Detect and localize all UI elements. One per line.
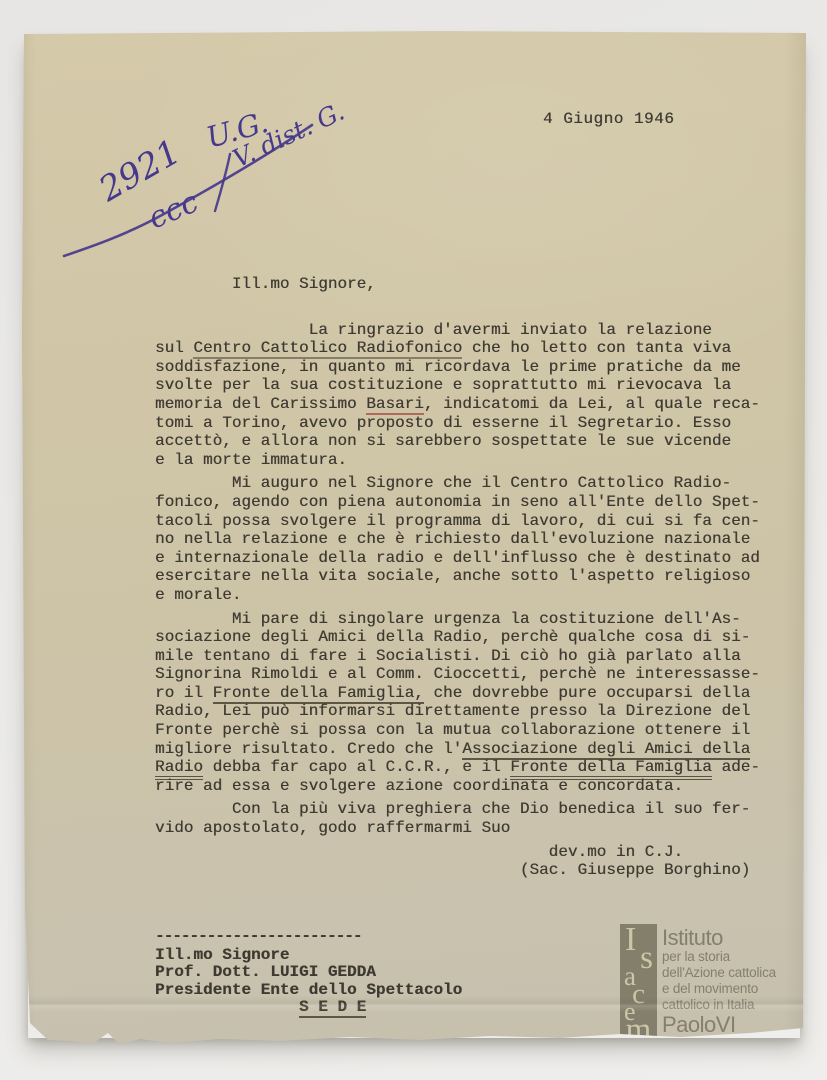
paragraph: dev.mo in C.J. (Sac. Giuseppe Borghino) (155, 843, 785, 880)
text-segment: sociazione degli Amici della Radio, perc… (155, 628, 750, 646)
text-line: svolte per la sua costituzione e sopratt… (155, 376, 785, 395)
text-line: esercitare nella vita sociale, anche sot… (155, 567, 785, 586)
text-segment: tomi a Torino, avevo proposto di esserne… (155, 414, 731, 432)
paragraph: La ringrazio d'avermi inviato la relazio… (155, 321, 785, 470)
underlined-text: Associazione degli Amici della (462, 740, 750, 760)
text-line: Fronte perchè si possa con la mutua coll… (155, 721, 785, 740)
monogram-letter: s (640, 946, 653, 970)
photo-background: 4 Giugno 1946 2921 U.G. ccc V. dist. G. … (0, 0, 827, 1080)
paragraph: Con la più viva preghiera che Dio benedi… (155, 800, 785, 837)
text-line: e morale. (155, 586, 785, 605)
text-segment: no nella relazione e che è richiesto dal… (155, 530, 750, 548)
text-line: memoria del Carissimo Basari, indicatomi… (155, 395, 785, 414)
annotation-abbr-mid: ccc (143, 184, 203, 236)
underlined-text: S E D E (299, 998, 366, 1018)
text-segment: e morale. (155, 586, 241, 604)
watermark-line: dell'Azione cattolica (662, 965, 776, 981)
text-segment: Radio, Lei può informarsi direttamente p… (155, 702, 750, 720)
monogram-letter: c (632, 984, 645, 1005)
text-line: tacoli possa svolgere il programma di la… (155, 512, 785, 531)
archive-watermark: Isacem Istituto per la storia dell'Azion… (620, 924, 820, 1066)
text-line: e la morte immatura. (155, 451, 785, 470)
text-segment: Signorina Rimoldi e al Comm. Cioccetti, … (155, 665, 760, 683)
text-segment: che dovrebbe pure occuparsi della (424, 684, 750, 702)
text-segment: rire ad essa e svolgere azione coordinat… (155, 777, 683, 795)
underlined-text: Basari (366, 395, 424, 415)
text-line: accettò, e allora non si sarebbero sospe… (155, 432, 785, 451)
text-line: sul Centro Cattolico Radiofonico che ho … (155, 339, 785, 358)
text-segment: ------------------------ (155, 927, 361, 945)
text-line: migliore risultato. Credo che l'Associaz… (155, 740, 785, 759)
text-segment: Ill.mo Signore (155, 946, 289, 964)
letter-date: 4 Giugno 1946 (543, 110, 674, 128)
letter-body-paragraphs: La ringrazio d'avermi inviato la relazio… (155, 321, 785, 880)
watermark-title: Istituto (662, 926, 776, 949)
text-segment: ade- (712, 758, 760, 776)
text-segment: svolte per la sua costituzione e sopratt… (155, 376, 731, 394)
text-segment: La ringrazio d'avermi inviato la relazio… (155, 321, 712, 339)
salutation: Ill.mo Signore, (155, 275, 785, 294)
watermark-line: cattolico in Italia (662, 997, 776, 1013)
text-line: soddisfazione, in quanto mi ricordava le… (155, 358, 785, 377)
text-line: sociazione degli Amici della Radio, perc… (155, 628, 785, 647)
text-segment: e la morte immatura. (155, 451, 347, 469)
text-segment: soddisfazione, in quanto mi ricordava le… (155, 358, 741, 376)
text-segment: dev.mo in C.J. (155, 843, 683, 861)
paragraph: ------------------------Ill.mo SignorePr… (155, 928, 462, 1017)
text-segment: Mi pare di singolare urgenza la costituz… (155, 610, 741, 628)
text-segment: ro il (155, 684, 213, 702)
underlined-text: Centro Cattolico Radiofonico (193, 339, 462, 359)
text-line: Radio, Lei può informarsi direttamente p… (155, 702, 785, 721)
text-segment (155, 998, 299, 1016)
text-segment: sul (155, 339, 193, 357)
text-line: dev.mo in C.J. (155, 843, 785, 862)
monogram-letter: m (626, 1018, 652, 1042)
text-segment: esercitare nella vita sociale, anche sot… (155, 567, 750, 585)
recipient-block: ------------------------Ill.mo SignorePr… (155, 928, 462, 1017)
text-segment: , indicatomi da Lei, al quale reca- (424, 395, 760, 413)
text-line: Ill.mo Signore (155, 947, 462, 965)
text-line: Signorina Rimoldi e al Comm. Cioccetti, … (155, 665, 785, 684)
letter-page: 4 Giugno 1946 2921 U.G. ccc V. dist. G. … (20, 30, 808, 1048)
text-line: no nella relazione e che è richiesto dal… (155, 530, 785, 549)
text-segment: Prof. Dott. LUIGI GEDDA (155, 963, 376, 981)
text-segment: (Sac. Giuseppe Borghino) (155, 861, 750, 879)
handwriting-svg: 2921 U.G. ccc V. dist. G. (60, 102, 390, 282)
text-segment: Con la più viva preghiera che Dio benedi… (155, 800, 750, 818)
watermark-line: per la storia (662, 949, 776, 965)
text-line: Mi auguro nel Signore che il Centro Catt… (155, 474, 785, 493)
text-line: La ringrazio d'avermi inviato la relazio… (155, 321, 785, 340)
monogram-letter: I (625, 927, 636, 952)
text-line: S E D E (155, 999, 462, 1017)
isacem-monogram: Isacem (620, 924, 657, 1062)
text-line: (Sac. Giuseppe Borghino) (155, 861, 785, 880)
text-segment: memoria del Carissimo (155, 395, 366, 413)
text-segment: fonico, agendo con piena autonomia in se… (155, 493, 760, 511)
text-line: Con la più viva preghiera che Dio benedi… (155, 800, 785, 819)
text-line: Mi pare di singolare urgenza la costituz… (155, 610, 785, 629)
text-segment: mile tentano di fare i Socialisti. Di ci… (155, 647, 741, 665)
text-line: Prof. Dott. LUIGI GEDDA (155, 964, 462, 982)
text-line: Presidente Ente dello Spettacolo (155, 982, 462, 1000)
text-line: ro il Fronte della Famiglia, che dovrebb… (155, 684, 785, 703)
text-segment: tacoli possa svolgere il programma di la… (155, 512, 760, 530)
paragraph: Mi pare di singolare urgenza la costituz… (155, 610, 785, 796)
paragraph: Mi auguro nel Signore che il Centro Catt… (155, 474, 785, 604)
text-segment: che ho letto con tanta viva (462, 339, 731, 357)
text-segment: debba far capo al C.C.R., e il (203, 758, 510, 776)
text-line: vido apostolato, godo raffermarmi Suo (155, 819, 785, 838)
text-line: e internazionale della radio e dell'infl… (155, 549, 785, 568)
text-segment: Presidente Ente dello Spettacolo (155, 981, 462, 999)
text-line: tomi a Torino, avevo proposto di esserne… (155, 414, 785, 433)
text-segment: vido apostolato, godo raffermarmi Suo (155, 819, 510, 837)
handwritten-annotation: 2921 U.G. ccc V. dist. G. (60, 102, 390, 282)
text-segment: Mi auguro nel Signore che il Centro Catt… (155, 474, 731, 492)
text-line: mile tentano di fare i Socialisti. Di ci… (155, 647, 785, 666)
text-segment: accettò, e allora non si sarebbero sospe… (155, 432, 731, 450)
watermark-line: e del movimento (662, 981, 776, 997)
text-line: Radio debba far capo al C.C.R., e il Fro… (155, 758, 785, 777)
text-line: ------------------------ (155, 928, 462, 946)
underlined-text: Fronte della Famiglia, (213, 684, 424, 704)
text-segment: e internazionale della radio e dell'infl… (155, 549, 760, 567)
watermark-text: Istituto per la storia dell'Azione catto… (662, 924, 776, 1066)
letter-body: Ill.mo Signore, La ringrazio d'avermi in… (155, 275, 785, 885)
text-segment: migliore risultato. Credo che l' (155, 740, 462, 758)
text-line: fonico, agendo con piena autonomia in se… (155, 493, 785, 512)
text-segment: Fronte perchè si possa con la mutua coll… (155, 721, 750, 739)
